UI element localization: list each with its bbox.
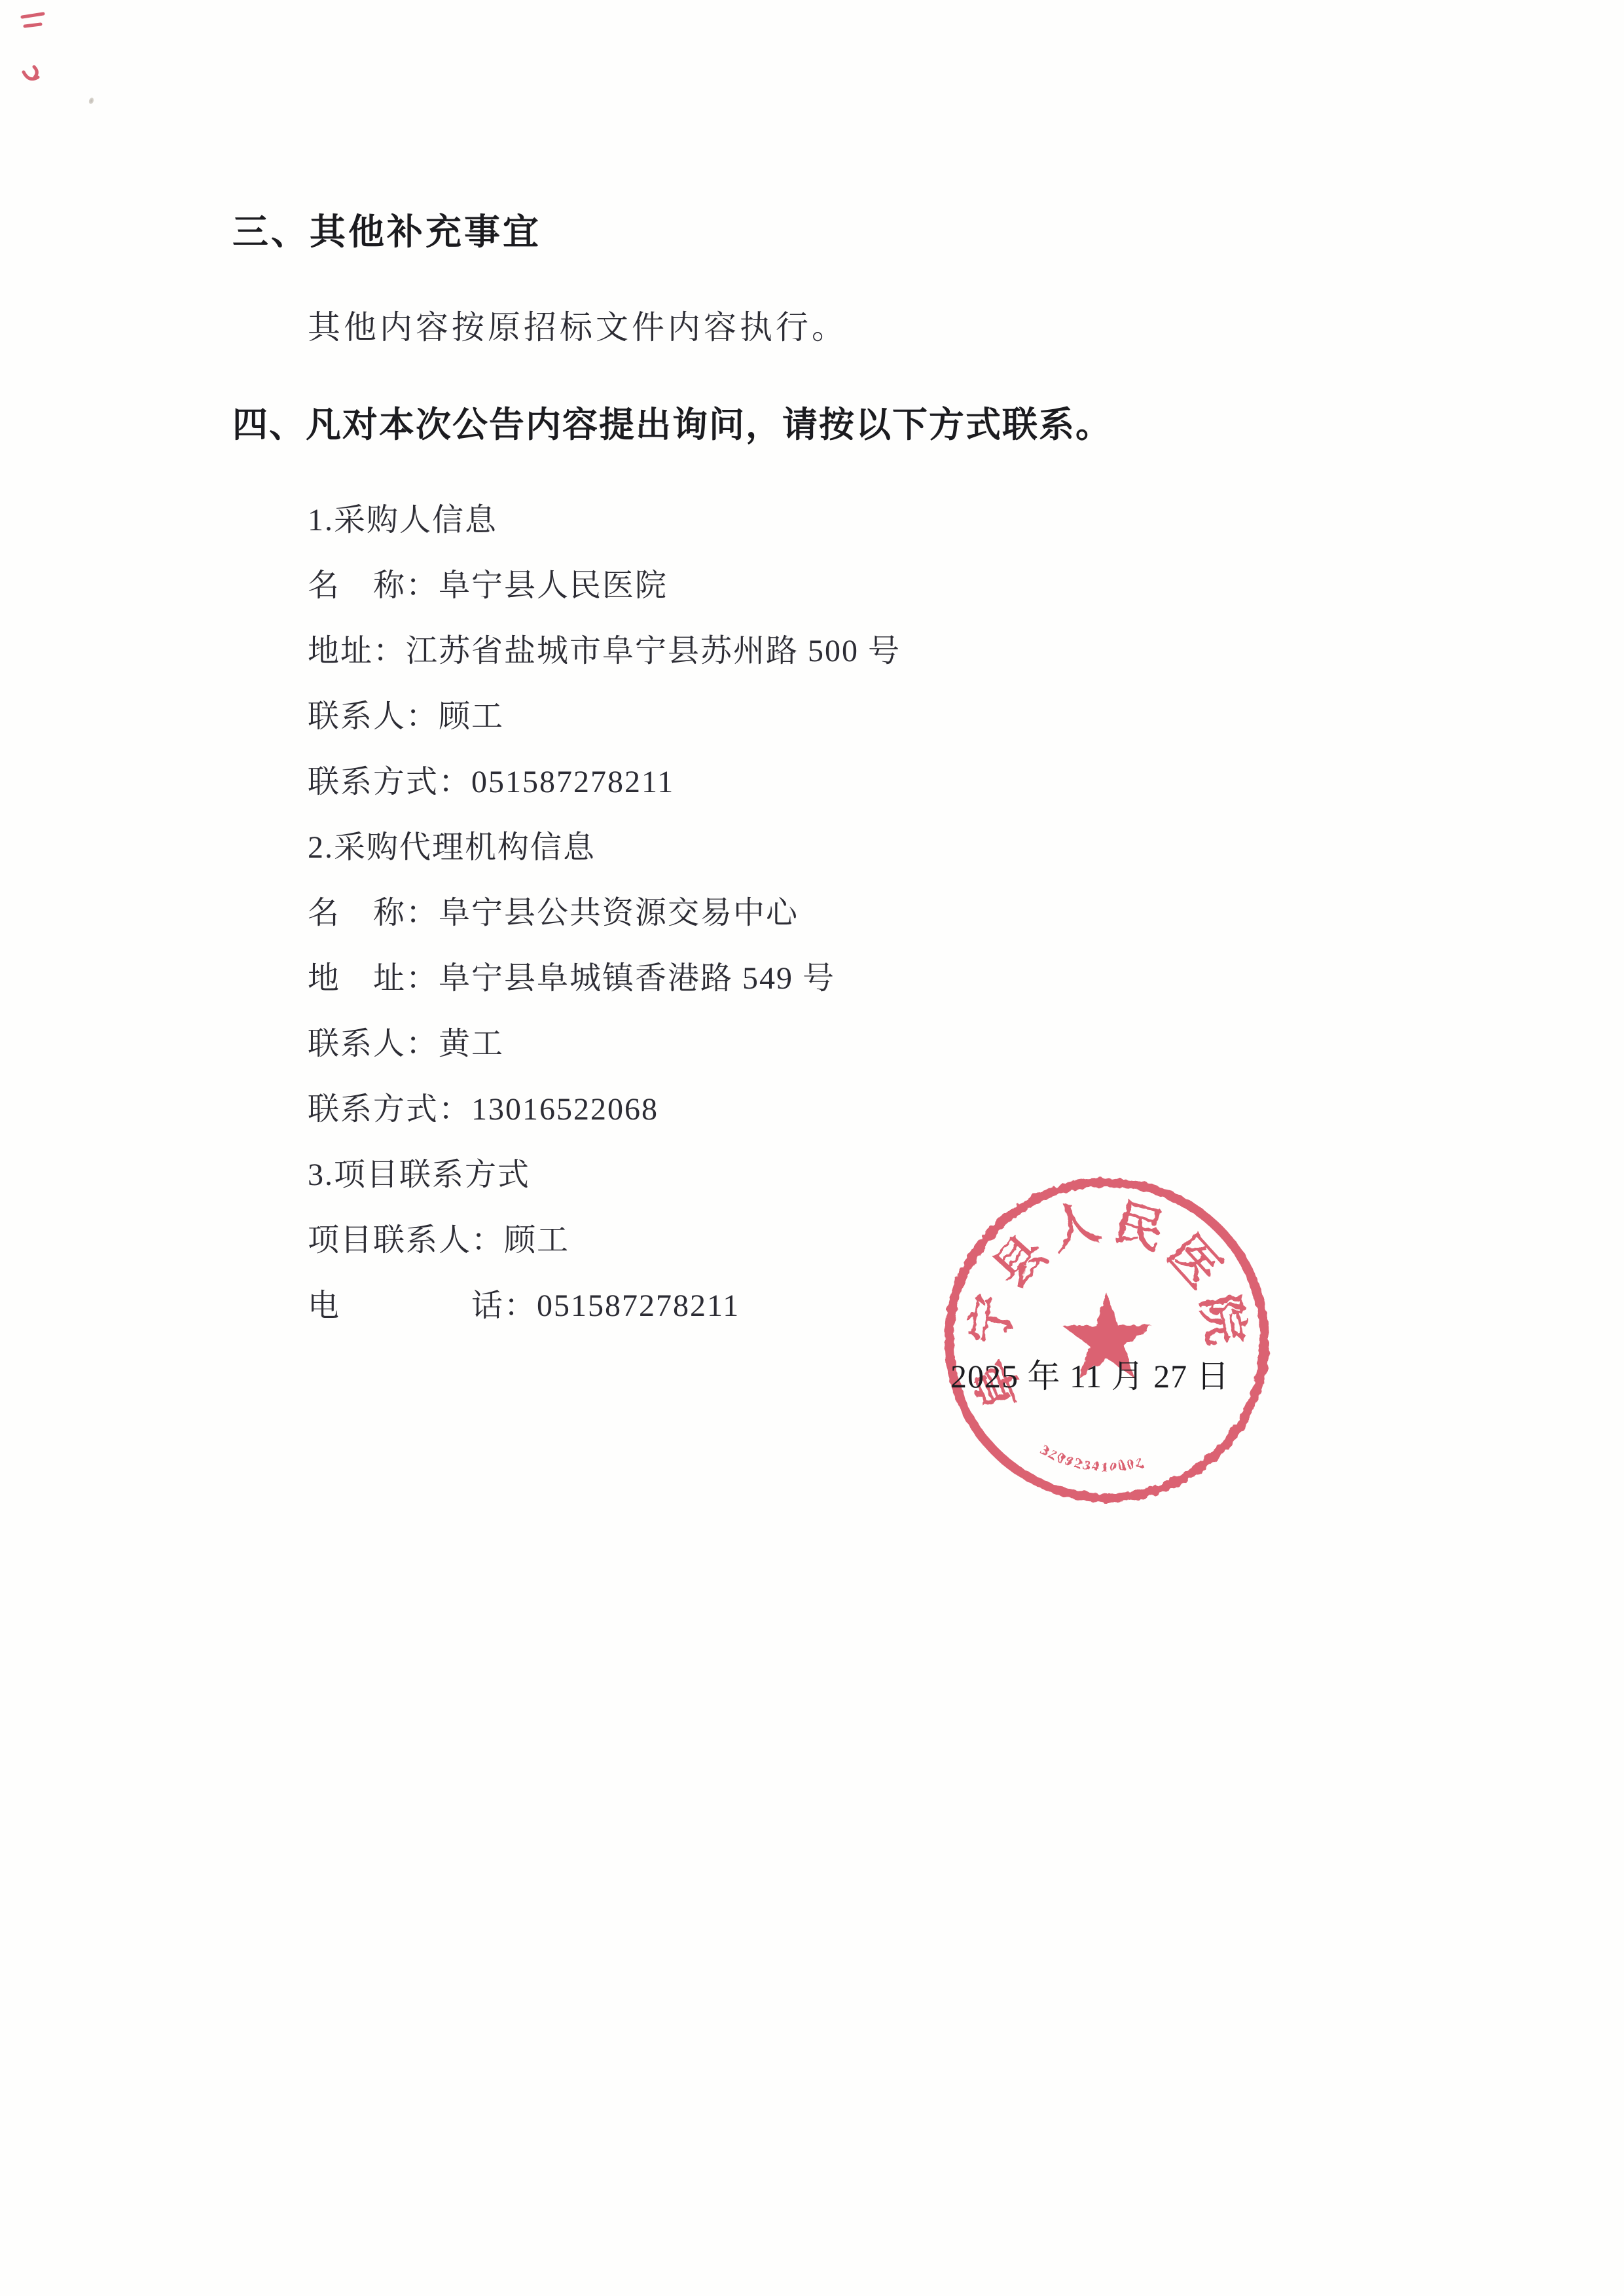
contact-line-purchaser-phone: 联系方式：051587278211 [308, 750, 901, 815]
seal-char: 县 [983, 1226, 1056, 1298]
seal-char: 宁 [961, 1291, 1023, 1349]
contact-line-agency-title: 2.采购代理机构信息 [308, 815, 901, 881]
contact-line-agency-name: 名 称：阜宁县公共资源交易中心 [308, 881, 901, 946]
contact-line-project-contact: 项目联系人：顾工 [308, 1208, 901, 1273]
contact-line-purchaser-address: 地址：江苏省盐城市阜宁县苏州路 500 号 [308, 619, 901, 684]
contact-line-project-title: 3.项目联系方式 [308, 1142, 901, 1208]
contact-block: 1.采购人信息 名 称：阜宁县人民医院 地址：江苏省盐城市阜宁县苏州路 500 … [308, 488, 901, 1339]
contact-line-agency-address: 地 址：阜宁县阜城镇香港路 549 号 [308, 946, 901, 1011]
seal-number: 320923410002 [1038, 1442, 1147, 1475]
contact-line-agency-phone: 联系方式：13016522068 [308, 1077, 901, 1142]
section3-heading: 三、其他补充事宜 [232, 203, 541, 255]
seal-char: 院 [1191, 1291, 1253, 1349]
contact-line-purchaser-contact: 联系人：顾工 [308, 684, 901, 750]
document-page: 三、其他补充事宜 其他内容按原招标文件内容执行。 四、凡对本次公告内容提出询问，… [0, 0, 1624, 2296]
hospital-seal: 阜 宁 县 人 民 医 院 320923410002 [943, 1176, 1271, 1504]
section3-body: 其他内容按原招标文件内容执行。 [308, 301, 848, 348]
section4-heading: 四、凡对本次公告内容提出询问，请按以下方式联系。 [232, 397, 1112, 447]
scan-artifact-red-marks [17, 9, 63, 107]
contact-line-purchaser-title: 1.采购人信息 [308, 488, 901, 553]
date-text: 2025 年 11 月 27 日 [950, 1350, 1230, 1397]
contact-line-agency-contact: 联系人：黄工 [308, 1011, 901, 1077]
contact-line-project-phone: 电 话：051587278211 [308, 1273, 901, 1339]
seal-char: 医 [1157, 1226, 1231, 1298]
svg-text:320923410002: 320923410002 [1038, 1442, 1147, 1475]
seal-char: 民 [1108, 1195, 1170, 1260]
contact-line-purchaser-name: 名 称：阜宁县人民医院 [308, 553, 901, 619]
scan-speck [88, 97, 95, 105]
seal-char: 人 [1043, 1195, 1106, 1260]
